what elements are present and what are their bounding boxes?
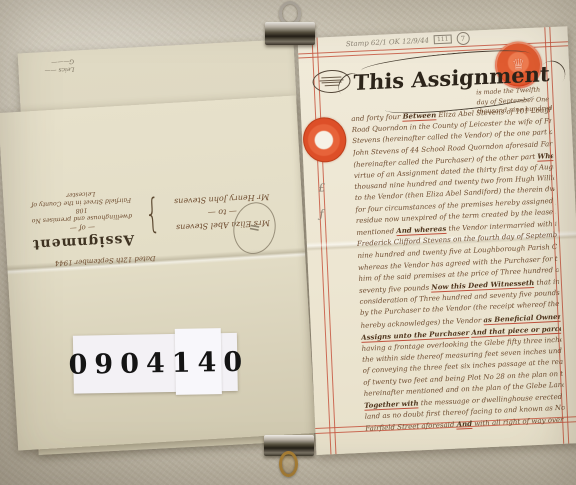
margin-pencil-marks: £ƒ: [318, 175, 327, 227]
underlined-keyword: And: [456, 419, 472, 430]
corner-handwritten-note: Leics ——G———: [44, 57, 75, 75]
endorsement-subject-lines: dwellinghouse and premises No 108Fairfie…: [29, 187, 133, 224]
endorsement-subject: Assignment — of — dwellinghouse and prem…: [29, 187, 134, 252]
deed-body-text: and forty four Between Eliza Abel Steven…: [351, 104, 565, 435]
clip-bar-icon: [265, 22, 315, 45]
bottom-binder-clip-icon: [264, 435, 316, 485]
corner-note-line: G———: [44, 57, 74, 67]
underlined-keyword: Whereas: [537, 150, 553, 162]
catalog-number: 0904140: [61, 346, 249, 380]
margin-mark: £: [318, 175, 326, 201]
brace-glyph: }: [143, 196, 160, 237]
deed-back-leaf: Dated 12th September 1944 Mrs Eliza Abel…: [0, 95, 316, 450]
circled-pencil-mark: 7: [456, 32, 470, 46]
pencil-note-text: Stamp 62/1 OK 12/9/44: [346, 36, 430, 48]
boxed-pencil-mark: 111: [434, 34, 452, 44]
catalog-number-label: 0904140: [73, 333, 238, 394]
margin-mark: ƒ: [319, 201, 327, 227]
deed-front-page: Stamp 62/1 OK 12/9/44 111 7 ♛ This Assig…: [298, 26, 576, 455]
endorsement-title: Assignment: [32, 231, 135, 252]
circular-duty-stamp-icon: [298, 113, 351, 167]
top-binder-clip-icon: [265, 1, 317, 51]
clip-loop-icon: [279, 451, 298, 477]
underlined-keyword: And whereas: [396, 224, 446, 236]
underlined-keyword: Between: [402, 110, 436, 122]
corner-note-line: Leics ——: [44, 65, 74, 75]
